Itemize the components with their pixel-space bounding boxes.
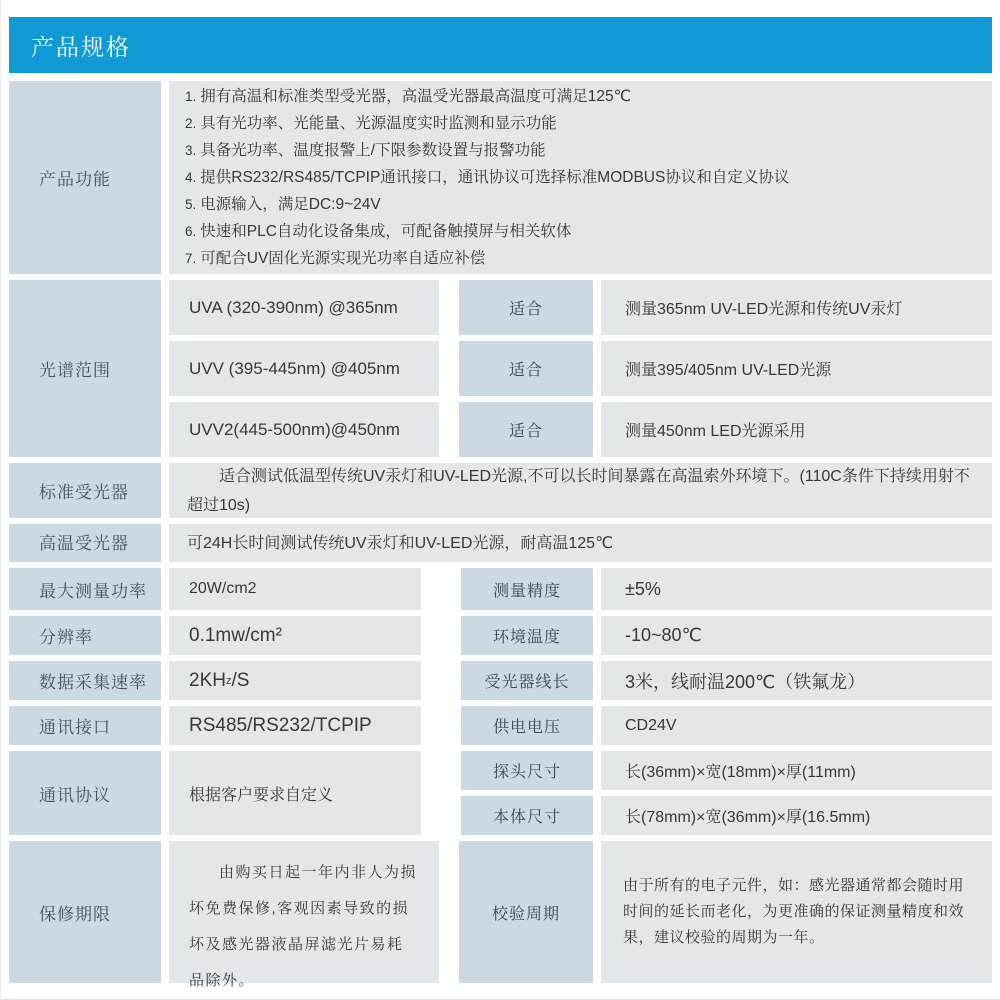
feature-number: 7.	[185, 251, 196, 266]
feature-item: 6.快速和PLC自动化设备集成，可配备触摸屏与相关软体	[185, 218, 571, 245]
ambient-temp-label: 环境温度	[461, 616, 593, 655]
comm-interface-value: RS485/RS232/TCPIP	[169, 706, 421, 745]
feature-text: 快速和PLC自动化设备集成，可配备触摸屏与相关软体	[200, 223, 571, 240]
probe-size-row: 探头尺寸 长(36mm)×宽(18mm)×厚(11mm)	[461, 751, 992, 790]
spec-table: 产品功能 1.拥有高温和标准类型受光器，高温受光器最高温度可满足125℃ 2.具…	[9, 81, 992, 983]
row-warranty: 保修期限 由购买日起一年内非人为损坏免费保修,客观因素导致的损坏及感光器液晶屏滤…	[9, 841, 992, 983]
row-label-comm-protocol: 通讯协议	[9, 751, 161, 835]
feature-text: 具有光功率、光能量、光源温度实时监测和显示功能	[200, 115, 557, 132]
spectral-range-value: UVA (320-390nm) @365nm	[169, 280, 439, 335]
feature-item: 5.电源输入，满足DC:9~24V	[185, 191, 381, 218]
spacer	[447, 280, 451, 335]
feature-item: 7.可配合UV固化光源实现光功率自适应补偿	[185, 245, 485, 272]
accuracy-label: 测量精度	[461, 568, 593, 610]
feature-number: 1.	[185, 89, 196, 104]
feature-number: 3.	[185, 143, 196, 158]
spectral-row-uvv: UVV (395-445nm) @405nm 适合 测量395/405nm UV…	[169, 341, 992, 396]
row-label-product-features: 产品功能	[9, 81, 161, 274]
spectral-range-value: UVV2(445-500nm)@450nm	[169, 402, 439, 457]
sample-rate-prefix: 2KH	[189, 670, 226, 692]
body-size-row: 本体尺寸 长(78mm)×宽(36mm)×厚(16.5mm)	[461, 796, 992, 835]
row-comm-interface: 通讯接口 RS485/RS232/TCPIP 供电电压 CD24V	[9, 706, 992, 745]
feature-text: 可配合UV固化光源实现光功率自适应补偿	[200, 250, 485, 267]
feature-number: 4.	[185, 170, 196, 185]
sample-rate-suffix: /S	[231, 670, 249, 692]
spacer	[447, 341, 451, 396]
spacer	[429, 661, 453, 700]
spacer	[429, 568, 453, 610]
dimension-subrows: 探头尺寸 长(36mm)×宽(18mm)×厚(11mm) 本体尺寸 长(78mm…	[461, 751, 992, 835]
row-resolution: 分辨率 0.1mw/cm² 环境温度 -10~80℃	[9, 616, 992, 655]
body-size-label: 本体尺寸	[461, 796, 593, 835]
spec-sheet-page: 产品规格 产品功能 1.拥有高温和标准类型受光器，高温受光器最高温度可满足125…	[0, 0, 1000, 1000]
row-comm-protocol: 通讯协议 根据客户要求自定义 探头尺寸 长(36mm)×宽(18mm)×厚(11…	[9, 751, 992, 835]
row-label-standard-sensor: 标准受光器	[9, 463, 161, 518]
row-label-sample-rate: 数据采集速率	[9, 661, 161, 700]
comm-protocol-value: 根据客户要求自定义	[169, 751, 421, 835]
spectral-row-uvv2: UVV2(445-500nm)@450nm 适合 测量450nm LED光源采用	[169, 402, 992, 457]
page-title: 产品规格	[31, 29, 131, 62]
feature-item: 4.提供RS232/RS485/TCPIP通讯接口，通讯协议可选择标准MODBU…	[185, 164, 789, 191]
section-header-bar: 产品规格	[9, 17, 992, 73]
warranty-text-cell: 由购买日起一年内非人为损坏免费保修,客观因素导致的损坏及感光器液晶屏滤光片易耗品…	[169, 841, 439, 983]
spacer	[447, 841, 451, 983]
ambient-temp-value: -10~80℃	[601, 616, 992, 655]
accuracy-value: ±5%	[601, 568, 992, 610]
standard-sensor-paragraph: 适合测试低温型传统UV汞灯和UV-LED光源,不可以长时间暴露在高温索外环境下。…	[187, 462, 974, 520]
fit-badge: 适合	[459, 402, 593, 457]
max-power-value: 20W/cm2	[169, 568, 421, 610]
spectral-subrows: UVA (320-390nm) @365nm 适合 测量365nm UV-LED…	[169, 280, 992, 457]
feature-text: 提供RS232/RS485/TCPIP通讯接口，通讯协议可选择标准MODBUS协…	[200, 169, 789, 186]
row-label-spectral-range: 光谱范围	[9, 280, 161, 457]
probe-size-label: 探头尺寸	[461, 751, 593, 790]
spectral-range-value: UVV (395-445nm) @405nm	[169, 341, 439, 396]
row-sample-rate: 数据采集速率 2KHz/S 受光器线长 3米，线耐温200℃（铁氟龙）	[9, 661, 992, 700]
spectral-description: 测量365nm UV-LED光源和传统UV汞灯	[601, 280, 992, 335]
warranty-paragraph: 由购买日起一年内非人为损坏免费保修,客观因素导致的损坏及感光器液晶屏滤光片易耗品…	[189, 855, 419, 999]
probe-size-value: 长(36mm)×宽(18mm)×厚(11mm)	[601, 751, 992, 790]
spacer	[447, 402, 451, 457]
row-label-high-temp-sensor: 高温受光器	[9, 524, 161, 562]
cable-length-label: 受光器线长	[461, 661, 593, 700]
feature-text: 拥有高温和标准类型受光器，高温受光器最高温度可满足125℃	[200, 88, 631, 105]
spectral-description: 测量395/405nm UV-LED光源	[601, 341, 992, 396]
high-temp-sensor-text: 可24H长时间测试传统UV汞灯和UV-LED光源，耐高温125℃	[169, 524, 992, 562]
calibration-text-cell: 由于所有的电子元件，如：感光器通常都会随时用时间的延长而老化，为更准确的保证测量…	[601, 841, 992, 983]
supply-voltage-value: CD24V	[601, 706, 992, 745]
calibration-paragraph: 由于所有的电子元件，如：感光器通常都会随时用时间的延长而老化，为更准确的保证测量…	[623, 873, 970, 951]
spectral-row-uva: UVA (320-390nm) @365nm 适合 测量365nm UV-LED…	[169, 280, 992, 335]
body-size-value: 长(78mm)×宽(36mm)×厚(16.5mm)	[601, 796, 992, 835]
row-label-max-power: 最大测量功率	[9, 568, 161, 610]
feature-item: 2.具有光功率、光能量、光源温度实时监测和显示功能	[185, 110, 557, 137]
feature-text: 具备光功率、温度报警上/下限参数设置与报警功能	[200, 142, 545, 159]
cable-length-value: 3米，线耐温200℃（铁氟龙）	[601, 661, 992, 700]
fit-badge: 适合	[459, 341, 593, 396]
row-standard-sensor: 标准受光器 适合测试低温型传统UV汞灯和UV-LED光源,不可以长时间暴露在高温…	[9, 463, 992, 518]
standard-sensor-text: 适合测试低温型传统UV汞灯和UV-LED光源,不可以长时间暴露在高温索外环境下。…	[169, 463, 992, 518]
feature-number: 5.	[185, 197, 196, 212]
row-product-features: 产品功能 1.拥有高温和标准类型受光器，高温受光器最高温度可满足125℃ 2.具…	[9, 81, 992, 274]
fit-badge: 适合	[459, 280, 593, 335]
supply-voltage-label: 供电电压	[461, 706, 593, 745]
calibration-period-label: 校验周期	[459, 841, 593, 983]
row-label-resolution: 分辨率	[9, 616, 161, 655]
resolution-value: 0.1mw/cm²	[169, 616, 421, 655]
row-label-comm-interface: 通讯接口	[9, 706, 161, 745]
feature-item: 3.具备光功率、温度报警上/下限参数设置与报警功能	[185, 137, 546, 164]
spacer	[429, 751, 453, 835]
spacer	[429, 706, 453, 745]
feature-number: 6.	[185, 224, 196, 239]
row-spectral-range: 光谱范围 UVA (320-390nm) @365nm 适合 测量365nm U…	[9, 280, 992, 457]
feature-text: 电源输入，满足DC:9~24V	[200, 196, 380, 213]
feature-item: 1.拥有高温和标准类型受光器，高温受光器最高温度可满足125℃	[185, 83, 631, 110]
sample-rate-value: 2KHz/S	[169, 661, 421, 700]
feature-list-cell: 1.拥有高温和标准类型受光器，高温受光器最高温度可满足125℃ 2.具有光功率、…	[169, 81, 992, 274]
row-label-warranty: 保修期限	[9, 841, 161, 983]
row-max-power: 最大测量功率 20W/cm2 测量精度 ±5%	[9, 568, 992, 610]
spacer	[429, 616, 453, 655]
high-temp-sensor-paragraph: 可24H长时间测试传统UV汞灯和UV-LED光源，耐高温125℃	[187, 529, 613, 558]
spectral-description: 测量450nm LED光源采用	[601, 402, 992, 457]
feature-number: 2.	[185, 116, 196, 131]
row-high-temp-sensor: 高温受光器 可24H长时间测试传统UV汞灯和UV-LED光源，耐高温125℃	[9, 524, 992, 562]
